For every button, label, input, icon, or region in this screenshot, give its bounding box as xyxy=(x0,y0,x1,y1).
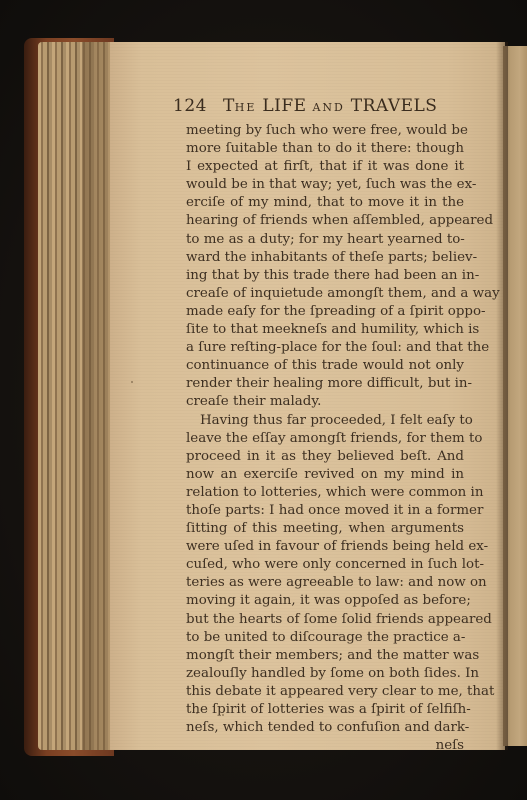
text-line: ward the inhabitants of theſe parts; bel… xyxy=(186,249,464,267)
text-line: I expected at firſt, that if it was done… xyxy=(186,158,464,176)
text-line: more ſuitable than to do it there: thoug… xyxy=(186,140,464,158)
text-line: teries as were agreeable to law: and now… xyxy=(186,574,464,592)
text-line: leave the eſſay amongſt friends, for the… xyxy=(186,430,464,448)
text-line: meeting by ſuch who were free, would be xyxy=(186,122,464,140)
text-line: ſitting of this meeting, when arguments xyxy=(186,520,464,538)
paper-speck xyxy=(131,381,133,383)
catchword: neſs xyxy=(186,737,464,755)
page-number: 124 xyxy=(173,96,207,116)
text-line: now an exerciſe revived on my mind in xyxy=(186,466,464,484)
text-line: the ſpirit of lotteries was a ſpirit of … xyxy=(186,701,464,719)
text-line: neſs, which tended to confuſion and dark… xyxy=(186,719,464,737)
text-line: would be in that way; yet, ſuch was the … xyxy=(186,176,464,194)
head-and: AND xyxy=(312,101,344,114)
head-travels: TRAVELS xyxy=(351,96,438,116)
body-text: meeting by ſuch who were free, would be … xyxy=(186,122,464,755)
text-line: cuſed, who were only concerned in ſuch l… xyxy=(186,556,464,574)
head-the-initial: T xyxy=(223,96,235,116)
text-line: creaſe of inquietude amongſt them, and a… xyxy=(186,285,464,303)
head-life: LIFE xyxy=(262,96,306,116)
text-line: erciſe of my mind, that to move it in th… xyxy=(186,194,464,212)
text-line: this debate it appeared very clear to me… xyxy=(186,683,464,701)
text-line-paragraph-end: creaſe their malady. xyxy=(186,393,464,411)
text-line: ſite to that meekneſs and humility, whic… xyxy=(186,321,464,339)
running-head: 124THE LIFE AND TRAVELS xyxy=(173,96,468,118)
text-line: made eaſy for the ſpreading of a ſpirit … xyxy=(186,303,464,321)
text-line: a ſure reſting-place for the ſoul: and t… xyxy=(186,339,464,357)
text-line: relation to lotteries, which were common… xyxy=(186,484,464,502)
gutter-shadow xyxy=(496,42,508,750)
text-line: mongſt their members; and the matter was xyxy=(186,647,464,665)
page-stack-edges xyxy=(38,42,112,750)
scanned-book-page: 124THE LIFE AND TRAVELS meeting by ſuch … xyxy=(0,0,527,800)
text-line: continuance of this trade would not only xyxy=(186,357,464,375)
text-line: ing that by this trade there had been an… xyxy=(186,267,464,285)
text-line: proceed in it as they believed beſt. And xyxy=(186,448,464,466)
text-line: zealouſly handled by ſome on both ſides.… xyxy=(186,665,464,683)
text-line: but the hearts of ſome ſolid friends app… xyxy=(186,611,464,629)
text-line: render their healing more difficult, but… xyxy=(186,375,464,393)
text-line: thoſe parts: I had once moved it in a fo… xyxy=(186,502,464,520)
text-line: moving it again, it was oppoſed as befor… xyxy=(186,592,464,610)
text-line: hearing of friends when aſſembled, appea… xyxy=(186,212,464,230)
text-line: to be united to diſcourage the practice … xyxy=(186,629,464,647)
text-line: were uſed in favour of friends being hel… xyxy=(186,538,464,556)
text-line-paragraph-start: Having thus far proceeded, I felt eaſy t… xyxy=(186,412,464,430)
text-line: to me as a duty; for my heart yearned to… xyxy=(186,231,464,249)
head-the-rest: HE xyxy=(235,101,257,114)
